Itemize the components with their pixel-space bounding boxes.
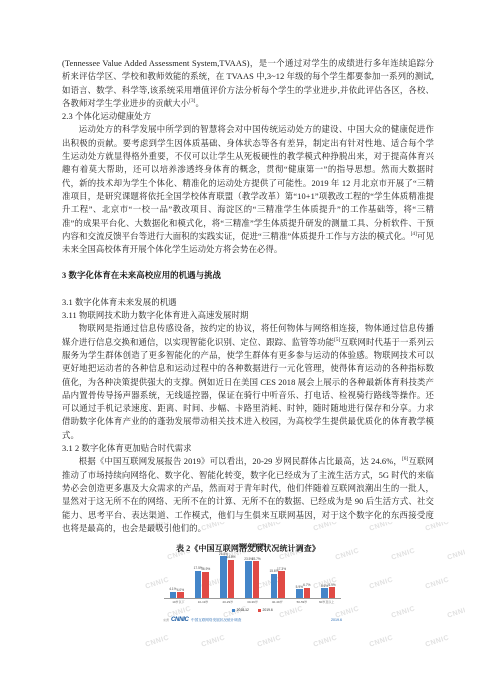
bar-value-label: 24.6% [226, 555, 235, 559]
heading-3: 3 数字化体育在未来高校应用的机遇与挑战 [62, 269, 434, 282]
watermark-text: CNNIC [447, 547, 465, 561]
source-text: 中国互联网络发展状况统计调查 [191, 618, 331, 623]
x-axis-label: 20-29岁 [215, 599, 240, 604]
bar-group: 5.9%6.7% [290, 552, 315, 598]
bar-value-label: 4.0% [177, 588, 184, 592]
bar-value-label: 4.1% [169, 587, 176, 591]
bar-value-label: 5.9% [296, 585, 303, 589]
chart-plot-area: 4.1%4.0%17.5%16.9%26.8%24.6%23.5%23.7%15… [162, 552, 343, 604]
heading-3-11: 3.11 物联网技术助力数字化体育进入高速发展时期 [62, 309, 434, 322]
bar: 4.1% [170, 592, 177, 598]
bar: 6.9% [329, 587, 336, 598]
paragraph-3-11: 物联网是指通过信息传感设备，按约定的协议，将任何物体与网络相连接，物体通过信息传… [62, 322, 434, 442]
bars-area: 4.1%4.0%17.5%16.9%26.8%24.6%23.5%23.7%15… [164, 552, 341, 599]
watermark-text: CNNIC [145, 634, 170, 648]
text-segment: (Tennessee Value Added Assessment System… [62, 59, 434, 108]
paper-page: CNNICCNNICCNNICCNNICCNNICCNNICCNNICCNNIC… [0, 0, 495, 700]
chart-legend: 2018.122019.6 [162, 608, 343, 612]
text-segment: 互联网时代基于一系列云服务为学生群体创造了更多智能化的产品，使学生群体有更多参与… [62, 338, 434, 440]
text-column: (Tennessee Value Added Assessment System… [62, 57, 434, 555]
bar-group: 6.6%6.9% [316, 552, 341, 598]
watermark-text: CNNIC [313, 634, 339, 648]
x-axis-label: 10-19岁 [191, 599, 216, 604]
bar: 26.8% [220, 556, 227, 598]
x-axis-label: 50-59岁 [290, 599, 315, 604]
heading-3-12: 3.1 2 数字化体育更加贴合时代需求 [62, 442, 434, 455]
legend-swatch [258, 609, 261, 612]
bar: 15.6% [271, 574, 278, 598]
bar-value-label: 6.7% [303, 583, 310, 587]
bar: 16.9% [202, 572, 209, 599]
bar-group: 23.5%23.7% [240, 552, 265, 598]
legend-label: 2019.6 [262, 608, 272, 612]
x-axis-label: 10岁以下 [166, 599, 191, 604]
bar: 6.7% [304, 588, 311, 599]
bar: 17.3% [278, 571, 285, 598]
paragraph-2-3: 运动处方的科学发展中所学到的智慧将会对中国传统运动处方的建设、中国大众的健康促进… [62, 123, 434, 256]
watermark-text: CNNIC [391, 605, 417, 619]
paragraph-3-12: 根据《中国互联网发展报告 2019》可以看出，20-29 岁网民群体占比最高，达… [62, 455, 434, 535]
text-segment: 运动处方的科学发展中所学到的智慧将会对中国传统运动处方的建设、中国大众的健康促进… [62, 125, 434, 240]
bar-group: 26.8%24.6% [215, 552, 240, 598]
legend-label: 2018.12 [237, 608, 249, 612]
bar-value-label: 23.7% [252, 557, 261, 561]
watermark-text: CNNIC [369, 634, 395, 648]
bar: 24.6% [228, 560, 235, 599]
x-axis-label: 40-49岁 [265, 599, 290, 604]
bar-value-label: 6.9% [328, 583, 335, 587]
cnnic-logo: CNNIC [171, 617, 189, 623]
bar-group: 17.5%16.9% [189, 552, 214, 598]
watermark-text: CNNIC [447, 605, 465, 619]
legend-swatch [232, 609, 235, 612]
bar-value-label: 17.3% [277, 567, 286, 571]
watermark-text: CNNIC [201, 634, 227, 648]
watermark-text: CNNIC [425, 576, 451, 590]
source-prefix-label: 来源 [163, 618, 169, 622]
bar: 5.9% [296, 589, 303, 598]
chart-source-bar: 来源 CNNIC 中国互联网络发展状况统计调查 2019.6 [162, 616, 343, 623]
watermark-text: CNNIC [425, 634, 451, 648]
text-segment: 互联网推动了市场持续向网络化、数字化、智能化转变，数字化已经成为了主流生活方式，… [62, 457, 434, 532]
legend-item: 2019.6 [258, 608, 273, 612]
bar-value-label: 16.9% [201, 567, 210, 571]
bar-group: 4.1%4.0% [164, 552, 189, 598]
legend-item: 2018.12 [232, 608, 249, 612]
x-axis-label: 30-39岁 [240, 599, 265, 604]
bar-value-label: 6.6% [321, 584, 328, 588]
x-axis-label: 60岁及以上 [314, 599, 339, 604]
watermark-text: CNNIC [257, 634, 283, 648]
bar: 23.7% [253, 561, 260, 598]
chart-date: 2019.6 [331, 618, 342, 622]
heading-2-3: 2.3 个体化运动健康处方 [62, 110, 434, 123]
table-caption: 表 2《中国互联网洛发展状况统计调查》 [62, 542, 434, 555]
bar: 23.5% [245, 561, 252, 598]
x-axis-labels: 10岁以下10-19岁20-29岁30-39岁40-49岁50-59岁60岁及以… [164, 599, 341, 604]
text-segment: 根据《中国互联网发展报告 2019》可以看出，20-29 岁网民群体占比最高，达… [79, 457, 402, 466]
bar-group: 15.6%17.3% [265, 552, 290, 598]
heading-3-1: 3.1 数字化体育未来发展的机遇 [62, 296, 434, 309]
bar: 4.0% [177, 592, 184, 598]
watermark-text: CNNIC [369, 576, 395, 590]
bar: 17.5% [195, 571, 202, 598]
text-segment: 。 [195, 99, 203, 108]
paragraph-tvaas: (Tennessee Value Added Assessment System… [62, 57, 434, 110]
bar: 6.6% [321, 588, 328, 598]
